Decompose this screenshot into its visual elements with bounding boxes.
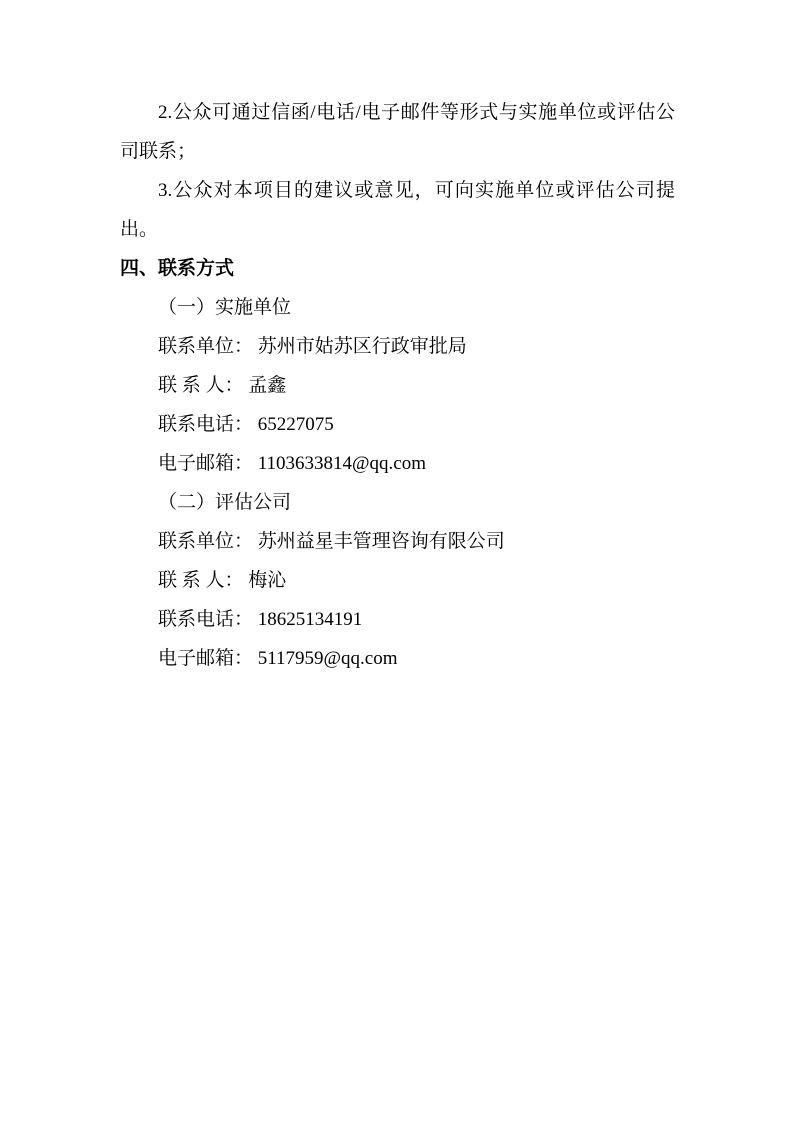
field-row-impl-email: 电子邮箱：1103633814@qq.com [120, 444, 675, 483]
impl-phone-number: 65227075 [258, 414, 334, 435]
field-label-contact-email: 电子邮箱： [158, 648, 258, 669]
field-row-assess-phone: 联系电话：18625134191 [120, 600, 675, 639]
assess-company-name: 苏州益星丰管理咨询有限公司 [258, 531, 505, 552]
assess-contact-person: 梅沁 [248, 570, 286, 591]
assess-email-address: 5117959@qq.com [258, 648, 398, 669]
field-row-assess-email: 电子邮箱：5117959@qq.com [120, 639, 675, 678]
document-page: 2.公众可通过信函/电话/电子邮件等形式与实施单位或评估公司联系； 3.公众对本… [0, 0, 793, 1122]
section-title-implementation-unit: （一）实施单位 [120, 288, 675, 327]
paragraph-suggestions: 3.公众对本项目的建议或意见，可向实施单位或评估公司提出。 [120, 171, 675, 249]
field-label-contact-unit: 联系单位： [158, 531, 258, 552]
field-row-impl-person: 联 系 人：孟鑫 [120, 366, 675, 405]
field-label-contact-phone: 联系电话： [158, 414, 258, 435]
impl-contact-person: 孟鑫 [248, 375, 286, 396]
field-label-contact-person: 联 系 人： [158, 570, 248, 591]
page-content: 2.公众可通过信函/电话/电子邮件等形式与实施单位或评估公司联系； 3.公众对本… [120, 93, 675, 678]
impl-unit-name: 苏州市姑苏区行政审批局 [258, 336, 467, 357]
impl-email-address: 1103633814@qq.com [258, 453, 426, 474]
field-label-contact-email: 电子邮箱： [158, 453, 258, 474]
section-title-assessment-company: （二）评估公司 [120, 483, 675, 522]
field-label-contact-phone: 联系电话： [158, 609, 258, 630]
field-label-contact-person: 联 系 人： [158, 375, 248, 396]
field-row-impl-unit: 联系单位：苏州市姑苏区行政审批局 [120, 327, 675, 366]
assess-phone-number: 18625134191 [258, 609, 363, 630]
field-row-impl-phone: 联系电话：65227075 [120, 405, 675, 444]
field-row-assess-unit: 联系单位：苏州益星丰管理咨询有限公司 [120, 522, 675, 561]
field-row-assess-person: 联 系 人：梅沁 [120, 561, 675, 600]
paragraph-contact-methods: 2.公众可通过信函/电话/电子邮件等形式与实施单位或评估公司联系； [120, 93, 675, 171]
field-label-contact-unit: 联系单位： [158, 336, 258, 357]
heading-contact-info: 四、联系方式 [120, 249, 675, 288]
